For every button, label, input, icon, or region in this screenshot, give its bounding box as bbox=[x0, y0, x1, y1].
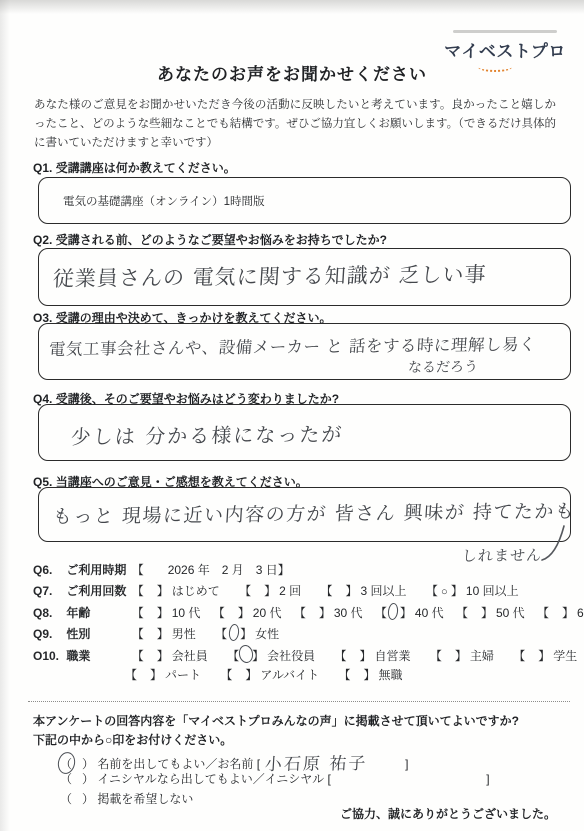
q7-option-4-circle-mark: ○ bbox=[438, 586, 451, 598]
q5-answer-box: もっと 現場に近い内容の方が 皆さん 興味が 持てたかも bbox=[38, 487, 571, 542]
consent-option-2-initials-ok: （） イニシヤルなら出してもよい／イニシヤル [ ] bbox=[60, 770, 564, 787]
bracket: 【 bbox=[426, 584, 438, 598]
q6-open-bracket: 【 bbox=[132, 563, 144, 577]
q10-option-3-label: 自営業 bbox=[375, 649, 411, 663]
q1-heading: Q1. 受講講座は何か教えてください。 bbox=[33, 159, 564, 176]
q7-option-2-label: 2 回 bbox=[279, 584, 301, 598]
bracket: 【 bbox=[375, 606, 387, 620]
q7-row: Q7. ご利用回数 【】はじめて 【】2 回 【】3 回以上 【○】10 回以上 bbox=[33, 582, 574, 599]
q6-row: Q6. ご利用時期 【 2026 年 2 月 3 日】 bbox=[33, 561, 574, 578]
paren: （ bbox=[60, 792, 72, 806]
q1-answer-box: 電気の基礎講座（オンライン）1時間版 bbox=[38, 177, 571, 224]
q8-option-5-label: 50 代 bbox=[496, 606, 525, 620]
bracket: 【 bbox=[334, 649, 346, 663]
q8-option-40s-selected: 【】40 代 bbox=[375, 603, 444, 621]
page-title: あなたのお声をお聞かせください bbox=[0, 60, 584, 85]
bracket: 】 bbox=[150, 668, 162, 682]
q10-option-housewife: 【】主婦 bbox=[430, 647, 494, 664]
bracket: 】 bbox=[157, 584, 169, 598]
bracket: 【 bbox=[320, 584, 332, 598]
q8-option-50s: 【】50 代 bbox=[456, 604, 525, 621]
handwritten-circle-mark bbox=[228, 623, 240, 641]
bracket: 【 bbox=[213, 606, 225, 620]
q6-close-bracket: 】 bbox=[278, 563, 290, 577]
q8-number: Q8. bbox=[33, 606, 63, 620]
q10-option-company-officer-selected: 【】会社役員 bbox=[227, 645, 315, 664]
bracket: 】 bbox=[451, 584, 463, 598]
q10-option-part-time: 【】パート bbox=[125, 666, 201, 683]
bracket: 【 bbox=[294, 606, 306, 620]
q10-option-6-label: パート bbox=[165, 668, 201, 682]
consent-option-2-label: イニシヤルなら出してもよい／イニシヤル bbox=[97, 772, 324, 786]
q4-handwritten-answer: 少しは 分かる様になったが bbox=[70, 418, 344, 450]
consent-question: 本アンケートの回答内容を「マイベストプロみんなの声」に掲載させて頂いてよいですか… bbox=[33, 712, 564, 729]
paren: （ bbox=[60, 772, 72, 786]
bracket: 【 bbox=[125, 668, 137, 682]
bracket: 【 bbox=[215, 627, 227, 641]
q8-option-20s: 【】20 代 bbox=[213, 604, 282, 621]
bracket: 】 bbox=[240, 627, 252, 641]
handwritten-circle-mark bbox=[238, 644, 255, 664]
q1-number: Q1. bbox=[33, 161, 52, 175]
q7-number: Q7. bbox=[33, 584, 63, 598]
q8-option-60s-plus: 【】60 代以上 bbox=[537, 604, 584, 621]
bracket: 【 bbox=[239, 584, 251, 598]
bracket: 【 bbox=[132, 584, 144, 598]
initials-field-open-bracket: [ bbox=[328, 772, 333, 786]
consent-option-3-label: 掲載を希望しない bbox=[97, 792, 193, 806]
consent-option-1-label: 名前を出してもよい／お名前 bbox=[97, 757, 253, 771]
q9-row: Q9. 性別 【】男性 【】女性 bbox=[33, 624, 574, 642]
scan-shading-top bbox=[0, 0, 584, 14]
bracket: 【 bbox=[338, 668, 350, 682]
bracket: 【 bbox=[132, 627, 144, 641]
bracket: 】 bbox=[238, 606, 250, 620]
name-field-open-bracket: [ bbox=[257, 757, 262, 771]
bracket: 】 bbox=[481, 606, 493, 620]
q10-option-1-label: 会社員 bbox=[172, 649, 208, 663]
q6-label: ご利用時期 bbox=[66, 561, 128, 578]
q8-label: 年齢 bbox=[66, 604, 128, 621]
q6-date-value: 2026 年 2 月 3 日 bbox=[144, 563, 278, 577]
bracket: 【 bbox=[513, 649, 525, 663]
q10-option-unemployed: 【】無職 bbox=[338, 666, 402, 683]
q2-label: 受講される前、どのようなご要望やお悩みをお持ちでしたか? bbox=[56, 233, 387, 247]
paren: ） bbox=[82, 757, 94, 771]
initials-field-close-bracket: ] bbox=[486, 772, 491, 786]
bracket: 】 bbox=[538, 649, 550, 663]
q10-option-self-employed: 【】自営業 bbox=[334, 647, 410, 664]
q2-heading: Q2. 受講される前、どのようなご要望やお悩みをお持ちでしたか? bbox=[33, 231, 564, 248]
paren: ） bbox=[82, 772, 94, 786]
bracket: 】 bbox=[400, 606, 412, 620]
q8-option-10s: 【】10 代 bbox=[132, 604, 201, 621]
q8-option-2-label: 20 代 bbox=[253, 606, 282, 620]
q10-option-2-mark-slot bbox=[239, 645, 252, 663]
q8-option-3-label: 30 代 bbox=[334, 606, 363, 620]
q3-answer-box: 電気工事会社さんや、設備メーカー と 話をする時に理解し易く なるだろう bbox=[38, 323, 571, 380]
q9-option-female-selected: 【】女性 bbox=[215, 624, 279, 642]
q8-row: Q8. 年齢 【】10 代 【】20 代 【】30 代 【】40 代 【】50 … bbox=[33, 603, 574, 621]
scan-shading-left bbox=[0, 0, 10, 831]
q1-answer: 電気の基礎講座（オンライン）1時間版 bbox=[63, 193, 265, 209]
q2-number: Q2. bbox=[33, 233, 52, 247]
dotted-divider bbox=[28, 701, 570, 702]
q7-option-3-or-more: 【】3 回以上 bbox=[320, 582, 406, 599]
bracket: 】 bbox=[264, 584, 276, 598]
intro-paragraph: あなた様のご意見をお聞かせいただき今後の活動に反映したいと考えています。良かった… bbox=[34, 96, 556, 153]
q9-option-male: 【】男性 bbox=[132, 625, 196, 642]
bracket: 【 bbox=[132, 649, 144, 663]
scanned-survey-form: マイベストプロ あなたのお声をお聞かせください あなた様のご意見をお聞かせいただ… bbox=[0, 0, 584, 831]
bracket: 】 bbox=[345, 584, 357, 598]
pen-flourish bbox=[540, 522, 566, 562]
q7-option-4-label: 10 回以上 bbox=[466, 584, 519, 598]
bracket: 】 bbox=[157, 649, 169, 663]
q1-label: 受講講座は何か教えてください。 bbox=[56, 161, 236, 175]
q7-option-3-label: 3 回以上 bbox=[361, 584, 407, 598]
q8-option-1-label: 10 代 bbox=[172, 606, 201, 620]
q9-option-2-label: 女性 bbox=[255, 627, 279, 641]
consent-option-2-paren: （） bbox=[60, 770, 94, 787]
q8-option-4-mark-slot bbox=[387, 603, 400, 620]
q8-option-4-label: 40 代 bbox=[415, 606, 444, 620]
q7-option-2-times: 【】2 回 bbox=[239, 582, 301, 599]
bracket: 】 bbox=[363, 668, 375, 682]
q10-option-7-label: アルバイト bbox=[260, 668, 319, 682]
q10-option-student: 【】学生 bbox=[513, 647, 577, 664]
q10-option-company-employee: 【】会社員 bbox=[132, 647, 208, 664]
bracket: 【 bbox=[430, 649, 442, 663]
q10-option-5-label: 学生 bbox=[553, 649, 577, 663]
thanks-message: ご協力、誠にありがとうございました。 bbox=[340, 805, 556, 822]
paren: ） bbox=[82, 792, 94, 806]
q8-option-6-label: 60 代以上 bbox=[577, 606, 584, 620]
bracket: 】 bbox=[359, 649, 371, 663]
q10-option-8-label: 無職 bbox=[378, 668, 402, 682]
q10-option-4-label: 主婦 bbox=[470, 649, 494, 663]
q3-handwritten-answer-line2: なるだろう bbox=[407, 356, 478, 377]
bracket: 【 bbox=[227, 649, 239, 663]
consent-instruction: 下記の中から○印をお付けください。 bbox=[33, 731, 564, 748]
logo-text: マイベストプロ bbox=[438, 37, 572, 62]
q2-handwritten-answer: 従業員さんの 電気に関する知識が 乏しい事 bbox=[52, 258, 487, 293]
q7-option-first-time: 【】はじめて bbox=[132, 582, 220, 599]
bracket: 】 bbox=[157, 606, 169, 620]
q4-answer-box: 少しは 分かる様になったが bbox=[38, 404, 571, 461]
q7-option-10-or-more: 【○】10 回以上 bbox=[426, 582, 519, 599]
bracket: 】 bbox=[252, 649, 264, 663]
bracket: 【 bbox=[132, 606, 144, 620]
q9-option-2-mark-slot bbox=[227, 624, 240, 641]
q10-row-1: O10. 職業 【】会社員 【】会社役員 【】自営業 【】主婦 【】学生 bbox=[33, 645, 574, 664]
q6-number: Q6. bbox=[33, 563, 63, 577]
q10-label: 職業 bbox=[66, 647, 128, 664]
q9-label: 性別 bbox=[66, 625, 128, 642]
bracket: 】 bbox=[245, 668, 257, 682]
bracket: 【 bbox=[220, 668, 232, 682]
q10-number: O10. bbox=[33, 649, 63, 663]
consent-option-3-paren: （） bbox=[60, 790, 94, 807]
logo-tagline-decoration bbox=[453, 30, 557, 33]
bracket: 】 bbox=[157, 627, 169, 641]
bracket: 【 bbox=[456, 606, 468, 620]
q8-option-30s: 【】30 代 bbox=[294, 604, 363, 621]
q9-number: Q9. bbox=[33, 627, 63, 641]
q7-label: ご利用回数 bbox=[66, 582, 128, 599]
bracket: 【 bbox=[537, 606, 549, 620]
q7-option-1-label: はじめて bbox=[172, 584, 220, 598]
q10-option-arbeit: 【】アルバイト bbox=[220, 666, 319, 683]
bracket: 】 bbox=[455, 649, 467, 663]
handwritten-circle-mark bbox=[387, 602, 399, 620]
name-field-close-bracket: ] bbox=[405, 757, 410, 771]
q9-option-1-label: 男性 bbox=[172, 627, 196, 641]
bracket: 】 bbox=[562, 606, 574, 620]
q10-option-2-label: 会社役員 bbox=[267, 649, 315, 663]
bracket: 】 bbox=[319, 606, 331, 620]
q5-handwritten-answer-line1: もっと 現場に近い内容の方が 皆さん 興味が 持てたかも bbox=[52, 497, 576, 529]
q10-row-2: 【】パート 【】アルバイト 【】無職 bbox=[33, 666, 574, 683]
q2-answer-box: 従業員さんの 電気に関する知識が 乏しい事 bbox=[38, 248, 571, 306]
